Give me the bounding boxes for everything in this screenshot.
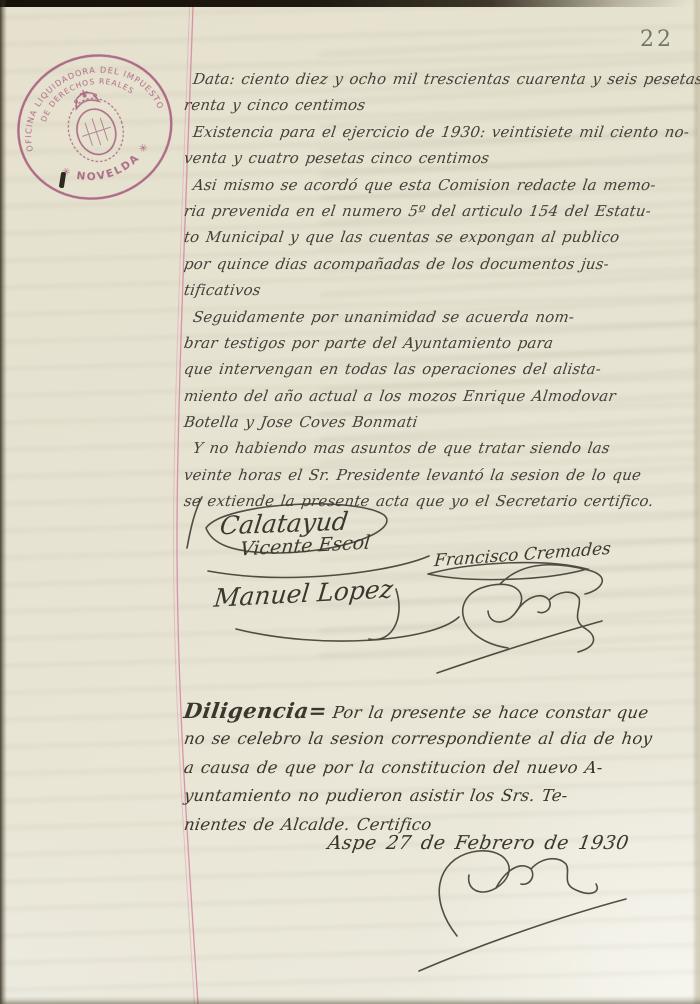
handwriting-line: tificativos	[182, 277, 700, 303]
handwriting-line: Y no habiendo mas asuntos de que tratar …	[182, 435, 700, 461]
handwriting-line: Diligencia=Por la presente se hace const…	[182, 697, 700, 725]
rubric-flourish-sweep	[437, 621, 602, 673]
handwriting-line: venta y cuatro pesetas cinco centimos	[182, 145, 700, 171]
handwriting-line: Asi mismo se acordó que esta Comision re…	[182, 172, 700, 198]
rubric-manuel-underline	[236, 617, 459, 641]
crest-field-lines	[78, 114, 115, 150]
stamp-bottom-text: ✳ NOVELDA ✳	[57, 137, 159, 194]
handwriting-line: yuntamiento no pudieron asistir los Srs.…	[182, 782, 700, 810]
handwriting-line: to Municipal y que las cuentas se expong…	[182, 224, 700, 250]
signature-manuel-lopez: Manuel Lopez	[213, 574, 395, 613]
page-edge-bottom	[0, 996, 700, 1004]
handwriting-line: miento del año actual a los mozos Enriqu…	[182, 383, 700, 409]
handwriting-line: por quince dias acompañadas de los docum…	[182, 251, 700, 277]
handwriting-line: Data: ciento diez y ocho mil trescientas…	[182, 66, 700, 92]
handwriting-line: Existencia para el ejercicio de 1930: ve…	[182, 119, 700, 145]
handwriting-line: renta y cinco centimos	[182, 92, 700, 118]
diligencia-line-text: Por la presente se hace constar que	[331, 703, 649, 722]
signature-francisco-cremades: Francisco Cremades	[433, 539, 611, 572]
diligencia-label: Diligencia=	[182, 698, 328, 723]
handwriting-line: Seguidamente por unanimidad se acuerda n…	[182, 304, 700, 330]
svg-text:OFICINA LIQUIDADORA DEL IMPUES: OFICINA LIQUIDADORA DEL IMPUESTO	[5, 46, 166, 154]
page-number: 22	[640, 27, 674, 52]
rubric-final-loop	[439, 851, 509, 936]
stamp-arc-text-outer: OFICINA LIQUIDADORA DEL IMPUESTO	[5, 46, 166, 154]
rubric-final-bumps	[496, 859, 597, 894]
notary-stamp: OFICINA LIQUIDADORA DEL IMPUESTO DE DERE…	[0, 28, 200, 228]
rubric-flourish-bumps	[516, 592, 594, 652]
handwriting-line: brar testigos por parte del Ayuntamiento…	[182, 330, 700, 356]
handwriting-line: ria prevenida en el numero 5º del articu…	[182, 198, 700, 224]
handwriting-line: no se celebro la sesion correspondiente …	[182, 725, 700, 753]
handwriting-line: que intervengan en todas las operaciones…	[182, 356, 700, 382]
binding-edge-shadow	[0, 0, 7, 1004]
acta-text: Data: ciento diez y ocho mil trescientas…	[184, 66, 698, 515]
handwriting-line: veinte horas el Sr. Presidente levantó l…	[182, 462, 700, 488]
handwriting-line: Botella y Jose Coves Bonmati	[182, 409, 700, 435]
date-line: Aspe 27 de Febrero de 1930	[326, 832, 630, 854]
svg-text:✳ NOVELDA ✳: ✳ NOVELDA ✳	[57, 137, 159, 194]
rubric-final-sweep	[419, 899, 626, 971]
scanned-page: OFICINA LIQUIDADORA DEL IMPUESTO DE DERE…	[0, 0, 700, 1004]
rubric-flourish-loop	[463, 584, 522, 648]
rubric-cremades-cross	[500, 565, 602, 594]
diligencia-section: Diligencia=Por la presente se hace const…	[184, 697, 698, 839]
scan-edge-top	[0, 0, 700, 7]
handwriting-line: a causa de que por la constitucion del n…	[182, 754, 700, 782]
